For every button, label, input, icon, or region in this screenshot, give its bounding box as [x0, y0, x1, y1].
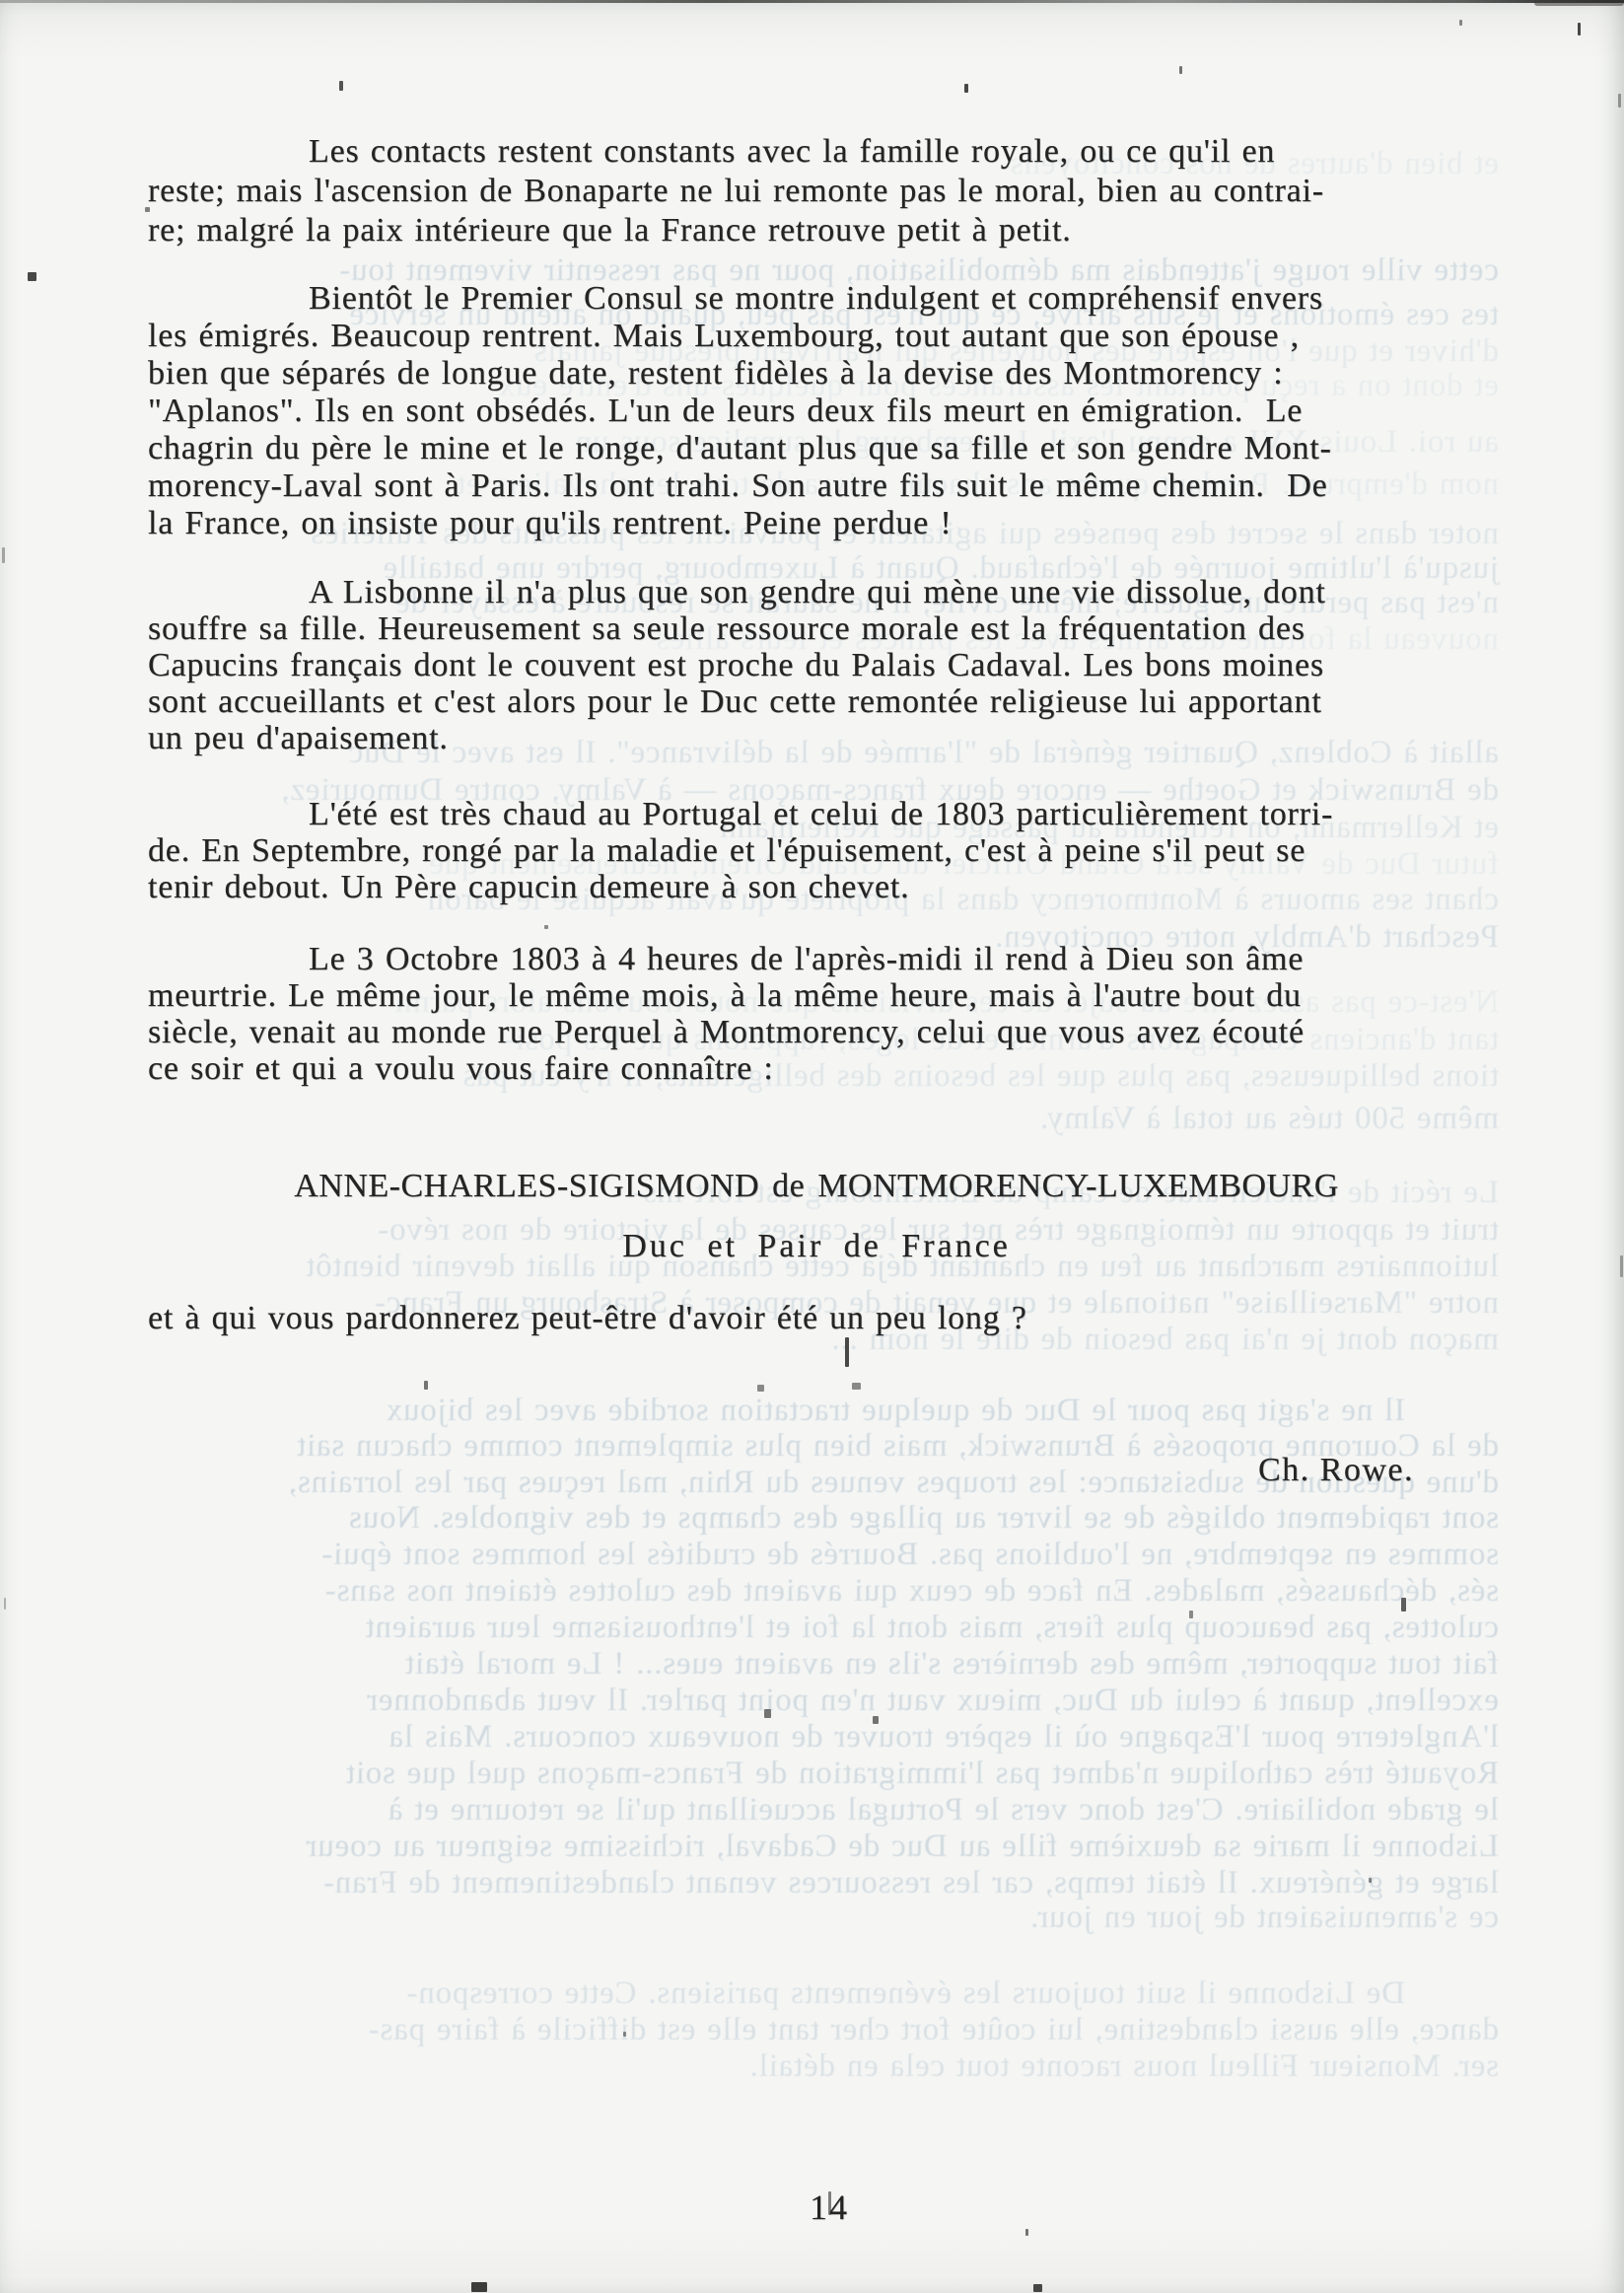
page-number: 14 — [810, 2188, 849, 2228]
document-body: Les contacts restent constants avec la f… — [0, 0, 1624, 2293]
text-line: de. En Septembre, rongé par la maladie e… — [148, 832, 1333, 869]
text-line: les émigrés. Beaucoup rentrent. Mais Lux… — [148, 318, 1332, 355]
author-signature: Ch. Rowe. — [1258, 1452, 1414, 1488]
paragraph: L'été est très chaud au Portugal et celu… — [148, 796, 1333, 905]
text-line: L'été est très chaud au Portugal et celu… — [148, 796, 1333, 832]
text-line: Le 3 Octobre 1803 à 4 heures de l'après-… — [148, 941, 1305, 977]
text-line: morency-Laval sont à Paris. Ils ont trah… — [148, 467, 1332, 505]
paragraph: Le 3 Octobre 1803 à 4 heures de l'après-… — [148, 941, 1305, 1087]
text-line: siècle, venait au monde rue Perquel à Mo… — [148, 1014, 1305, 1050]
text-line: ce soir et qui a voulu vous faire connaî… — [148, 1050, 1305, 1087]
text-line: un peu d'apaisement. — [148, 720, 1326, 756]
text-line: Les contacts restent constants avec la f… — [148, 132, 1324, 172]
scanned-document-page: et bien d'autres de nos concitoyenscette… — [0, 0, 1624, 2293]
document-heading-name: ANNE-CHARLES-SIGISMOND de MONTMORENCY-LU… — [148, 1168, 1485, 1204]
text-line: Bientôt le Premier Consul se montre indu… — [148, 280, 1332, 318]
text-line: sont accueillants et c'est alors pour le… — [148, 683, 1326, 720]
text-line: reste; mais l'ascension de Bonaparte ne … — [148, 172, 1324, 211]
text-line: bien que séparés de longue date, restent… — [148, 355, 1332, 393]
text-line: A Lisbonne il n'a plus que son gendre qu… — [148, 574, 1326, 610]
text-line: Capucins français dont le couvent est pr… — [148, 647, 1326, 683]
text-line: tenir debout. Un Père capucin demeure à … — [148, 869, 1333, 905]
text-line: la France, on insiste pour qu'ils rentre… — [148, 505, 1332, 542]
text-line: re; malgré la paix intérieure que la Fra… — [148, 211, 1324, 251]
text-line: meurtrie. Le même jour, le même mois, à … — [148, 977, 1305, 1014]
document-heading-title: Duc et Pair de France — [148, 1228, 1485, 1264]
paragraph: Les contacts restent constants avec la f… — [148, 132, 1324, 251]
text-line: chagrin du père le mine et le ronge, d'a… — [148, 430, 1332, 467]
text-line: "Aplanos". Ils en sont obsédés. L'un de … — [148, 393, 1332, 430]
paragraph: Bientôt le Premier Consul se montre indu… — [148, 280, 1332, 542]
closing-line: et à qui vous pardonnerez peut-être d'av… — [148, 1300, 1027, 1336]
text-line: souffre sa fille. Heureusement sa seule … — [148, 610, 1326, 647]
paragraph: A Lisbonne il n'a plus que son gendre qu… — [148, 574, 1326, 756]
